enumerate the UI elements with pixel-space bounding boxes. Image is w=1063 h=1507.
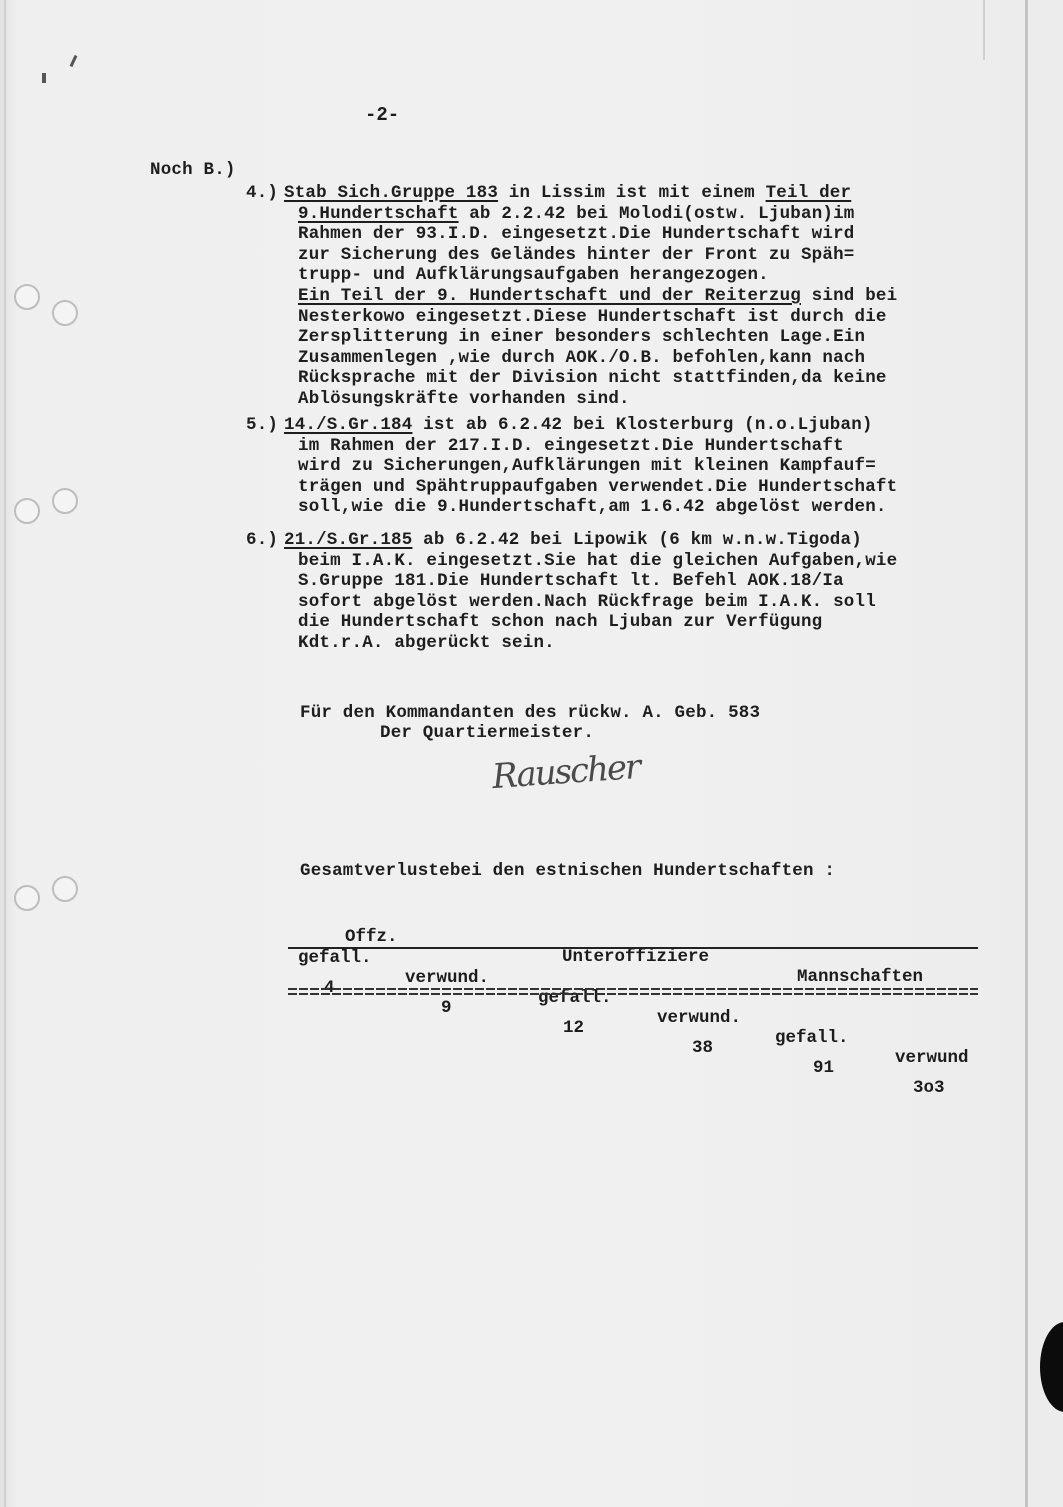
item-number: 5.)	[246, 415, 278, 435]
text-line: trupp- und Aufklärungsaufgaben herangezo…	[298, 265, 769, 285]
text-line: trägen und Spähtruppaufgaben verwendet.D…	[298, 477, 897, 497]
text-segment: ab 2.2.42 bei Molodi(ostw. Ljuban)im	[459, 204, 855, 224]
page-fold-line	[983, 0, 985, 60]
text-line: im Rahmen der 217.I.D. eingesetzt.Die Hu…	[298, 436, 844, 456]
text-line: Stab Sich.Gruppe 183 in Lissim ist mit e…	[284, 183, 851, 203]
punch-hole-icon	[14, 284, 40, 310]
text-segment: sofort abgelöst werden.Nach Rückfrage be…	[298, 592, 876, 612]
text-line: Ein Teil der 9. Hundertschaft und der Re…	[298, 286, 897, 306]
text-segment: die Hundertschaft schon nach Ljuban zur …	[298, 612, 822, 632]
punch-hole-icon	[14, 498, 40, 524]
underlined-text: 14./S.Gr.184	[284, 415, 412, 435]
underlined-text: Stab Sich.Gruppe 183	[284, 183, 498, 203]
text-segment: ab 6.2.42 bei Lipowik (6 km w.n.w.Tigoda…	[412, 530, 861, 550]
text-segment: sind bei	[801, 286, 897, 306]
punch-hole-icon	[52, 300, 78, 326]
text-segment: zur Sicherung des Geländes hinter der Fr…	[298, 245, 855, 265]
table-double-rule	[288, 988, 978, 995]
item-number: 6.)	[246, 530, 278, 550]
text-line: Zersplitterung in einer besonders schlec…	[298, 327, 865, 347]
text-segment: trupp- und Aufklärungsaufgaben herangezo…	[298, 265, 769, 285]
text-line: 9.Hundertschaft ab 2.2.42 bei Molodi(ost…	[298, 204, 855, 224]
value-ncos-killed: 12	[563, 1018, 584, 1038]
text-line: Kdt.r.A. abgerückt sein.	[298, 633, 555, 653]
closing-line-2: Der Quartiermeister.	[380, 723, 594, 743]
text-line: wird zu Sicherungen,Aufklärungen mit kle…	[298, 456, 876, 476]
text-line: Nesterkowo eingesetzt.Diese Hundertschaf…	[298, 307, 887, 327]
losses-title: Gesamtverlustebei den estnischen Hundert…	[300, 861, 835, 881]
punch-hole-icon	[52, 488, 78, 514]
text-line: Zusammenlegen ,wie durch AOK./O.B. befoh…	[298, 348, 865, 368]
ink-blot	[1040, 1322, 1063, 1412]
text-segment: beim I.A.K. eingesetzt.Sie hat die gleic…	[298, 551, 897, 571]
underlined-text: Ein Teil der 9. Hundertschaft und der Re…	[298, 286, 801, 306]
underlined-text: 9.Hundertschaft	[298, 204, 459, 224]
document-page: -2- Noch B.) 4.)Stab Sich.Gruppe 183 in …	[0, 0, 1063, 1507]
signature: Rauscher	[491, 747, 641, 797]
text-segment: Rücksprache mit der Division nicht statt…	[298, 368, 887, 388]
value-officers-wounded: 9	[441, 998, 452, 1018]
value-men-killed: 91	[813, 1058, 834, 1078]
text-line: Rücksprache mit der Division nicht statt…	[298, 368, 887, 388]
text-segment: Nesterkowo eingesetzt.Diese Hundertschaf…	[298, 307, 887, 327]
text-segment: wird zu Sicherungen,Aufklärungen mit kle…	[298, 456, 876, 476]
text-line: Ablösungskräfte vorhanden sind.	[298, 389, 630, 409]
text-segment: im Rahmen der 217.I.D. eingesetzt.Die Hu…	[298, 436, 844, 456]
text-line: 21./S.Gr.185 ab 6.2.42 bei Lipowik (6 km…	[284, 530, 862, 550]
closing-line-1: Für den Kommandanten des rückw. A. Geb. …	[300, 703, 760, 723]
value-men-wounded: 3o3	[913, 1078, 945, 1098]
text-segment: Zusammenlegen ,wie durch AOK./O.B. befoh…	[298, 348, 865, 368]
text-line: S.Gruppe 181.Die Hundertschaft lt. Befeh…	[298, 571, 844, 591]
text-line: die Hundertschaft schon nach Ljuban zur …	[298, 612, 822, 632]
value-ncos-wounded: 38	[692, 1038, 713, 1058]
item-number: 4.)	[246, 183, 278, 203]
text-segment: trägen und Spähtruppaufgaben verwendet.D…	[298, 477, 897, 497]
text-segment: S.Gruppe 181.Die Hundertschaft lt. Befeh…	[298, 571, 844, 591]
underlined-text: 21./S.Gr.185	[284, 530, 412, 550]
underlined-text: Teil der	[766, 183, 852, 203]
text-line: zur Sicherung des Geländes hinter der Fr…	[298, 245, 855, 265]
text-segment: Zersplitterung in einer besonders schlec…	[298, 327, 865, 347]
section-label: Noch B.)	[150, 160, 236, 180]
stray-mark	[70, 55, 78, 67]
text-line: Rahmen der 93.I.D. eingesetzt.Die Hunder…	[298, 224, 855, 244]
text-line: soll,wie die 9.Hundertschaft,am 1.6.42 a…	[298, 497, 887, 517]
page-edge	[4, 0, 6, 1507]
punch-hole-icon	[52, 876, 78, 902]
text-segment: in Lissim ist mit einem	[498, 183, 766, 203]
text-segment: ist ab 6.2.42 bei Klosterburg (n.o.Ljuba…	[412, 415, 872, 435]
losses-values: 4 9 12 38 91 3o3	[0, 958, 1063, 1118]
text-segment: Rahmen der 93.I.D. eingesetzt.Die Hunder…	[298, 224, 855, 244]
text-segment: Ablösungskräfte vorhanden sind.	[298, 389, 630, 409]
table-rule	[288, 947, 978, 949]
text-line: sofort abgelöst werden.Nach Rückfrage be…	[298, 592, 876, 612]
text-line: beim I.A.K. eingesetzt.Sie hat die gleic…	[298, 551, 897, 571]
page-fold-line	[1025, 0, 1028, 1507]
text-segment: soll,wie die 9.Hundertschaft,am 1.6.42 a…	[298, 497, 887, 517]
text-line: 14./S.Gr.184 ist ab 6.2.42 bei Klosterbu…	[284, 415, 873, 435]
stray-mark	[42, 73, 46, 83]
text-segment: Kdt.r.A. abgerückt sein.	[298, 633, 555, 653]
page-number: -2-	[365, 104, 399, 126]
